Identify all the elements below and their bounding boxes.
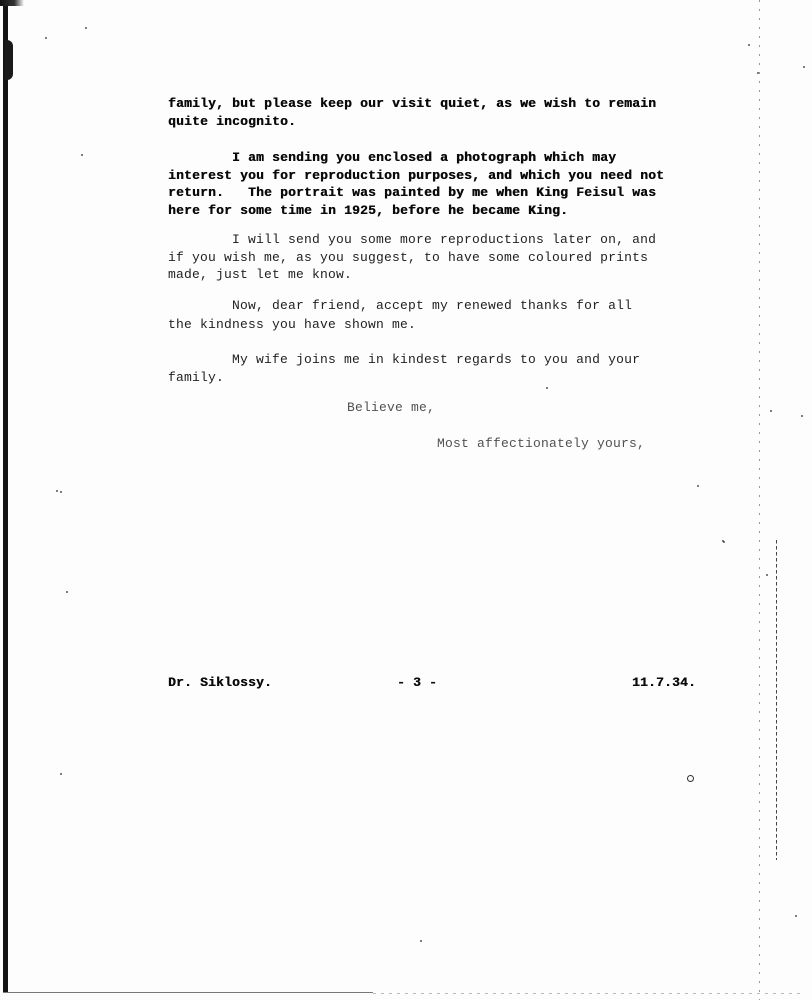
paper-speck-circle xyxy=(687,775,694,782)
scan-left-edge-bulge xyxy=(5,40,13,80)
paper-speck xyxy=(697,485,699,487)
body-line: I am sending you enclosed a photograph w… xyxy=(168,151,616,165)
letter-page: family, but please keep our visit quiet,… xyxy=(0,0,812,1000)
body-line: quite incognito. xyxy=(168,115,296,129)
paper-speck xyxy=(723,541,725,543)
body-line: the kindness you have shown me. xyxy=(168,318,416,332)
scan-bottom-edge xyxy=(3,992,373,993)
paper-speck xyxy=(60,773,62,775)
paper-speck xyxy=(766,574,768,576)
body-line: made, just let me know. xyxy=(168,268,352,282)
body-line: if you wish me, as you suggest, to have … xyxy=(168,251,648,265)
scan-bottom-edge-dotted xyxy=(373,993,803,994)
footer-page-number: - 3 - xyxy=(397,676,437,690)
body-line: family. xyxy=(168,371,224,385)
closing-salutation: Believe me, xyxy=(347,401,435,415)
body-line: here for some time in 1925, before he be… xyxy=(168,204,568,218)
paper-speck xyxy=(45,37,47,39)
paper-speck xyxy=(757,72,759,74)
paper-speck xyxy=(770,410,772,412)
paper-speck xyxy=(60,491,62,493)
scan-top-left-corner xyxy=(0,0,24,6)
paper-speck xyxy=(801,415,803,417)
body-line: I will send you some more reproductions … xyxy=(168,233,656,247)
scan-dotted-line xyxy=(759,0,760,1000)
body-line: return. The portrait was painted by me w… xyxy=(168,186,656,200)
footer-recipient: Dr. Siklossy. xyxy=(168,676,272,690)
body-line: family, but please keep our visit quiet,… xyxy=(168,97,656,111)
body-line: Now, dear friend, accept my renewed than… xyxy=(168,299,632,313)
body-line: interest you for reproduction purposes, … xyxy=(168,169,664,183)
paper-speck xyxy=(803,66,805,68)
paper-speck xyxy=(546,387,548,389)
paper-speck xyxy=(748,44,750,46)
paper-speck xyxy=(795,915,797,917)
scan-left-edge xyxy=(3,0,8,992)
paper-speck xyxy=(66,591,68,593)
paper-speck xyxy=(56,490,58,492)
paper-speck xyxy=(81,154,83,156)
closing-signoff: Most affectionately yours, xyxy=(437,437,645,451)
paper-speck xyxy=(85,27,87,29)
paper-speck xyxy=(420,940,422,942)
scan-dotted-line-dark xyxy=(776,540,777,860)
body-line: My wife joins me in kindest regards to y… xyxy=(168,353,640,367)
footer-date: 11.7.34. xyxy=(632,676,696,690)
